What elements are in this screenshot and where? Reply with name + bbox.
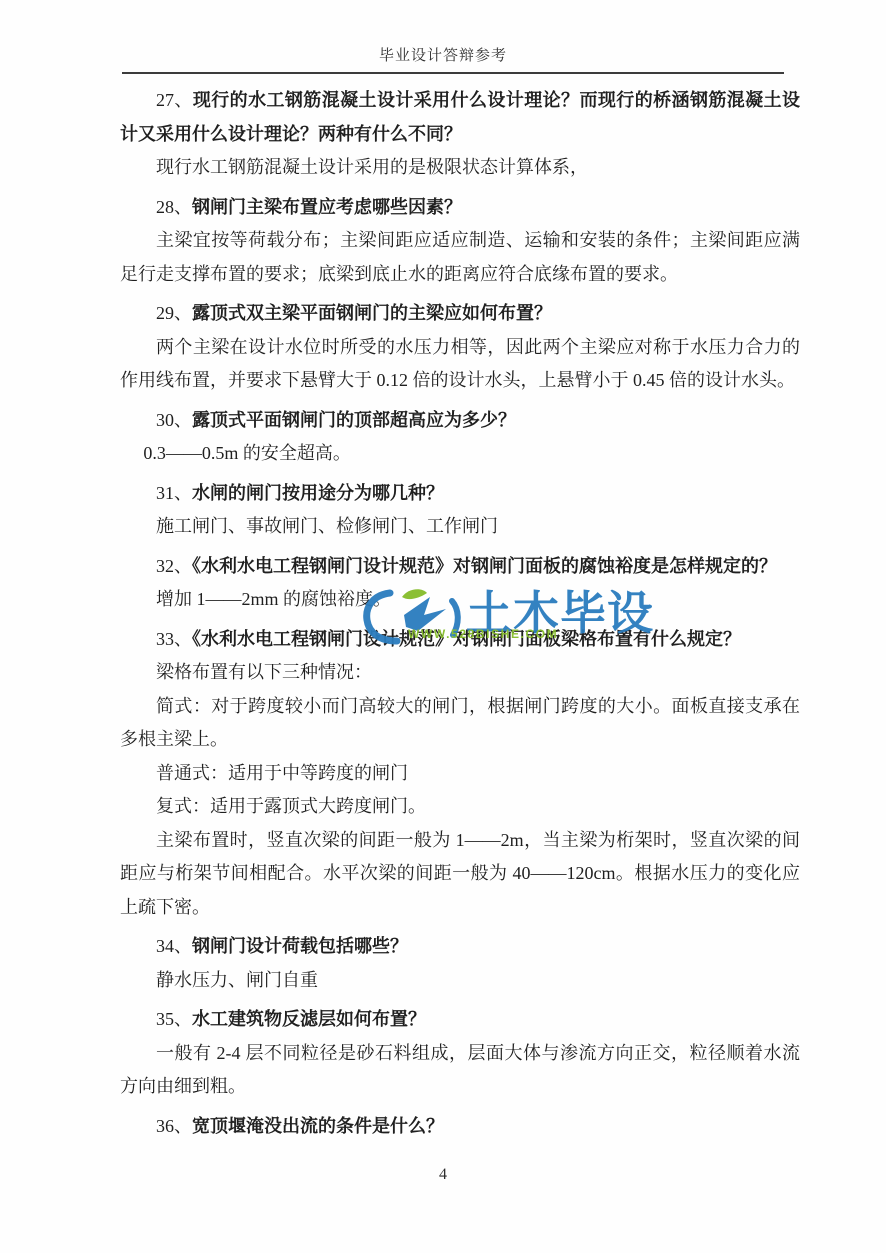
paragraph-text: 两个主梁在设计水位时所受的水压力相等，因此两个主梁应对称于水压力合力的作用线布置… xyxy=(120,337,800,391)
answer-paragraph: 主梁布置时，竖直次梁的间距一般为 1——2m，当主梁为桁架时，竖直次梁的间距应与… xyxy=(120,824,800,925)
paragraph-text: 主梁布置时，竖直次梁的间距一般为 1——2m，当主梁为桁架时，竖直次梁的间距应与… xyxy=(120,830,800,917)
answer-paragraph: 两个主梁在设计水位时所受的水压力相等，因此两个主梁应对称于水压力合力的作用线布置… xyxy=(120,331,800,398)
question-number: 31、 xyxy=(156,483,192,503)
question-number: 33、 xyxy=(156,629,192,649)
paragraph-text: 增加 1——2mm 的腐蚀裕度。 xyxy=(156,589,391,609)
paragraph-text: 露顶式平面钢闸门的顶部超高应为多少？ xyxy=(192,410,516,430)
paragraph-text: 露顶式双主梁平面钢闸门的主梁应如何布置？ xyxy=(192,303,552,323)
answer-paragraph: 简式：对于跨度较小而门高较大的闸门，根据闸门跨度的大小。面板直接支承在多根主梁上… xyxy=(120,690,800,757)
answer-paragraph: 施工闸门、事故闸门、检修闸门、工作闸门 xyxy=(120,510,800,544)
header-title: 毕业设计答辩参考 xyxy=(0,44,886,65)
question-number: 35、 xyxy=(156,1009,192,1029)
question-paragraph: 31、水闸的闸门按用途分为哪几种？ xyxy=(120,477,800,511)
paragraph-text: 钢闸门主梁布置应考虑哪些因素？ xyxy=(192,197,462,217)
question-number: 27、 xyxy=(156,90,193,110)
paragraph-text: 水工建筑物反滤层如何布置？ xyxy=(192,1009,426,1029)
answer-paragraph: 复式：适用于露顶式大跨度闸门。 xyxy=(120,790,800,824)
question-number: 36、 xyxy=(156,1116,192,1136)
question-number: 32、 xyxy=(156,556,192,576)
question-paragraph: 36、宽顶堰淹没出流的条件是什么？ xyxy=(120,1110,800,1144)
paragraph-text: 普通式：适用于中等跨度的闸门 xyxy=(156,763,408,783)
paragraph-text: 宽顶堰淹没出流的条件是什么？ xyxy=(192,1116,444,1136)
question-paragraph: 27、现行的水工钢筋混凝土设计采用什么设计理论？而现行的桥涵钢筋混凝土设计又采用… xyxy=(120,84,800,151)
question-paragraph: 30、露顶式平面钢闸门的顶部超高应为多少？ xyxy=(120,404,800,438)
paragraph-text: 《水利水电工程钢闸门设计规范》对钢闸门面板梁格布置有什么规定？ xyxy=(192,629,741,649)
document-page: 毕业设计答辩参考 27、现行的水工钢筋混凝土设计采用什么设计理论？而现行的桥涵钢… xyxy=(0,0,886,1253)
question-paragraph: 29、露顶式双主梁平面钢闸门的主梁应如何布置？ xyxy=(120,297,800,331)
question-number: 29、 xyxy=(156,303,192,323)
question-number: 30、 xyxy=(156,410,192,430)
paragraph-text: 现行的水工钢筋混凝土设计采用什么设计理论？而现行的桥涵钢筋混凝土设计又采用什么设… xyxy=(120,90,800,144)
answer-paragraph: 主梁宜按等荷载分布；主梁间距应适应制造、运输和安装的条件；主梁间距应满足行走支撑… xyxy=(120,224,800,291)
answer-paragraph: 现行水工钢筋混凝土设计采用的是极限状态计算体系， xyxy=(120,151,800,185)
question-number: 28、 xyxy=(156,197,192,217)
question-paragraph: 32、《水利水电工程钢闸门设计规范》对钢闸门面板的腐蚀裕度是怎样规定的？ xyxy=(120,550,800,584)
paragraph-text: 水闸的闸门按用途分为哪几种？ xyxy=(192,483,444,503)
paragraph-text: 一般有 2-4 层不同粒径是砂石料组成，层面大体与渗流方向正交，粒径顺着水流方向… xyxy=(120,1043,800,1097)
answer-paragraph: 普通式：适用于中等跨度的闸门 xyxy=(120,757,800,791)
header-rule xyxy=(122,72,784,74)
paragraph-text: 复式：适用于露顶式大跨度闸门。 xyxy=(156,796,426,816)
answer-paragraph: 0.3——0.5m 的安全超高。 xyxy=(120,437,800,471)
paragraph-text: 0.3——0.5m 的安全超高。 xyxy=(143,443,351,463)
answer-paragraph: 一般有 2-4 层不同粒径是砂石料组成，层面大体与渗流方向正交，粒径顺着水流方向… xyxy=(120,1037,800,1104)
paragraph-text: 梁格布置有以下三种情况： xyxy=(156,662,372,682)
paragraph-text: 简式：对于跨度较小而门高较大的闸门，根据闸门跨度的大小。面板直接支承在多根主梁上… xyxy=(120,696,800,750)
question-paragraph: 33、《水利水电工程钢闸门设计规范》对钢闸门面板梁格布置有什么规定？ xyxy=(120,623,800,657)
answer-paragraph: 静水压力、闸门自重 xyxy=(120,964,800,998)
page-number: 4 xyxy=(0,1166,886,1184)
paragraph-text: 静水压力、闸门自重 xyxy=(156,970,318,990)
answer-paragraph: 梁格布置有以下三种情况： xyxy=(120,656,800,690)
content: 27、现行的水工钢筋混凝土设计采用什么设计理论？而现行的桥涵钢筋混凝土设计又采用… xyxy=(120,84,800,1143)
answer-paragraph: 增加 1——2mm 的腐蚀裕度。 xyxy=(120,583,800,617)
question-paragraph: 28、钢闸门主梁布置应考虑哪些因素？ xyxy=(120,191,800,225)
paragraph-text: 《水利水电工程钢闸门设计规范》对钢闸门面板的腐蚀裕度是怎样规定的？ xyxy=(192,556,777,576)
question-number: 34、 xyxy=(156,936,192,956)
paragraph-text: 主梁宜按等荷载分布；主梁间距应适应制造、运输和安装的条件；主梁间距应满足行走支撑… xyxy=(120,230,800,284)
question-paragraph: 34、钢闸门设计荷载包括哪些？ xyxy=(120,930,800,964)
question-paragraph: 35、水工建筑物反滤层如何布置？ xyxy=(120,1003,800,1037)
paragraph-text: 施工闸门、事故闸门、检修闸门、工作闸门 xyxy=(156,516,498,536)
paragraph-text: 钢闸门设计荷载包括哪些？ xyxy=(192,936,408,956)
paragraph-text: 现行水工钢筋混凝土设计采用的是极限状态计算体系， xyxy=(156,157,588,177)
